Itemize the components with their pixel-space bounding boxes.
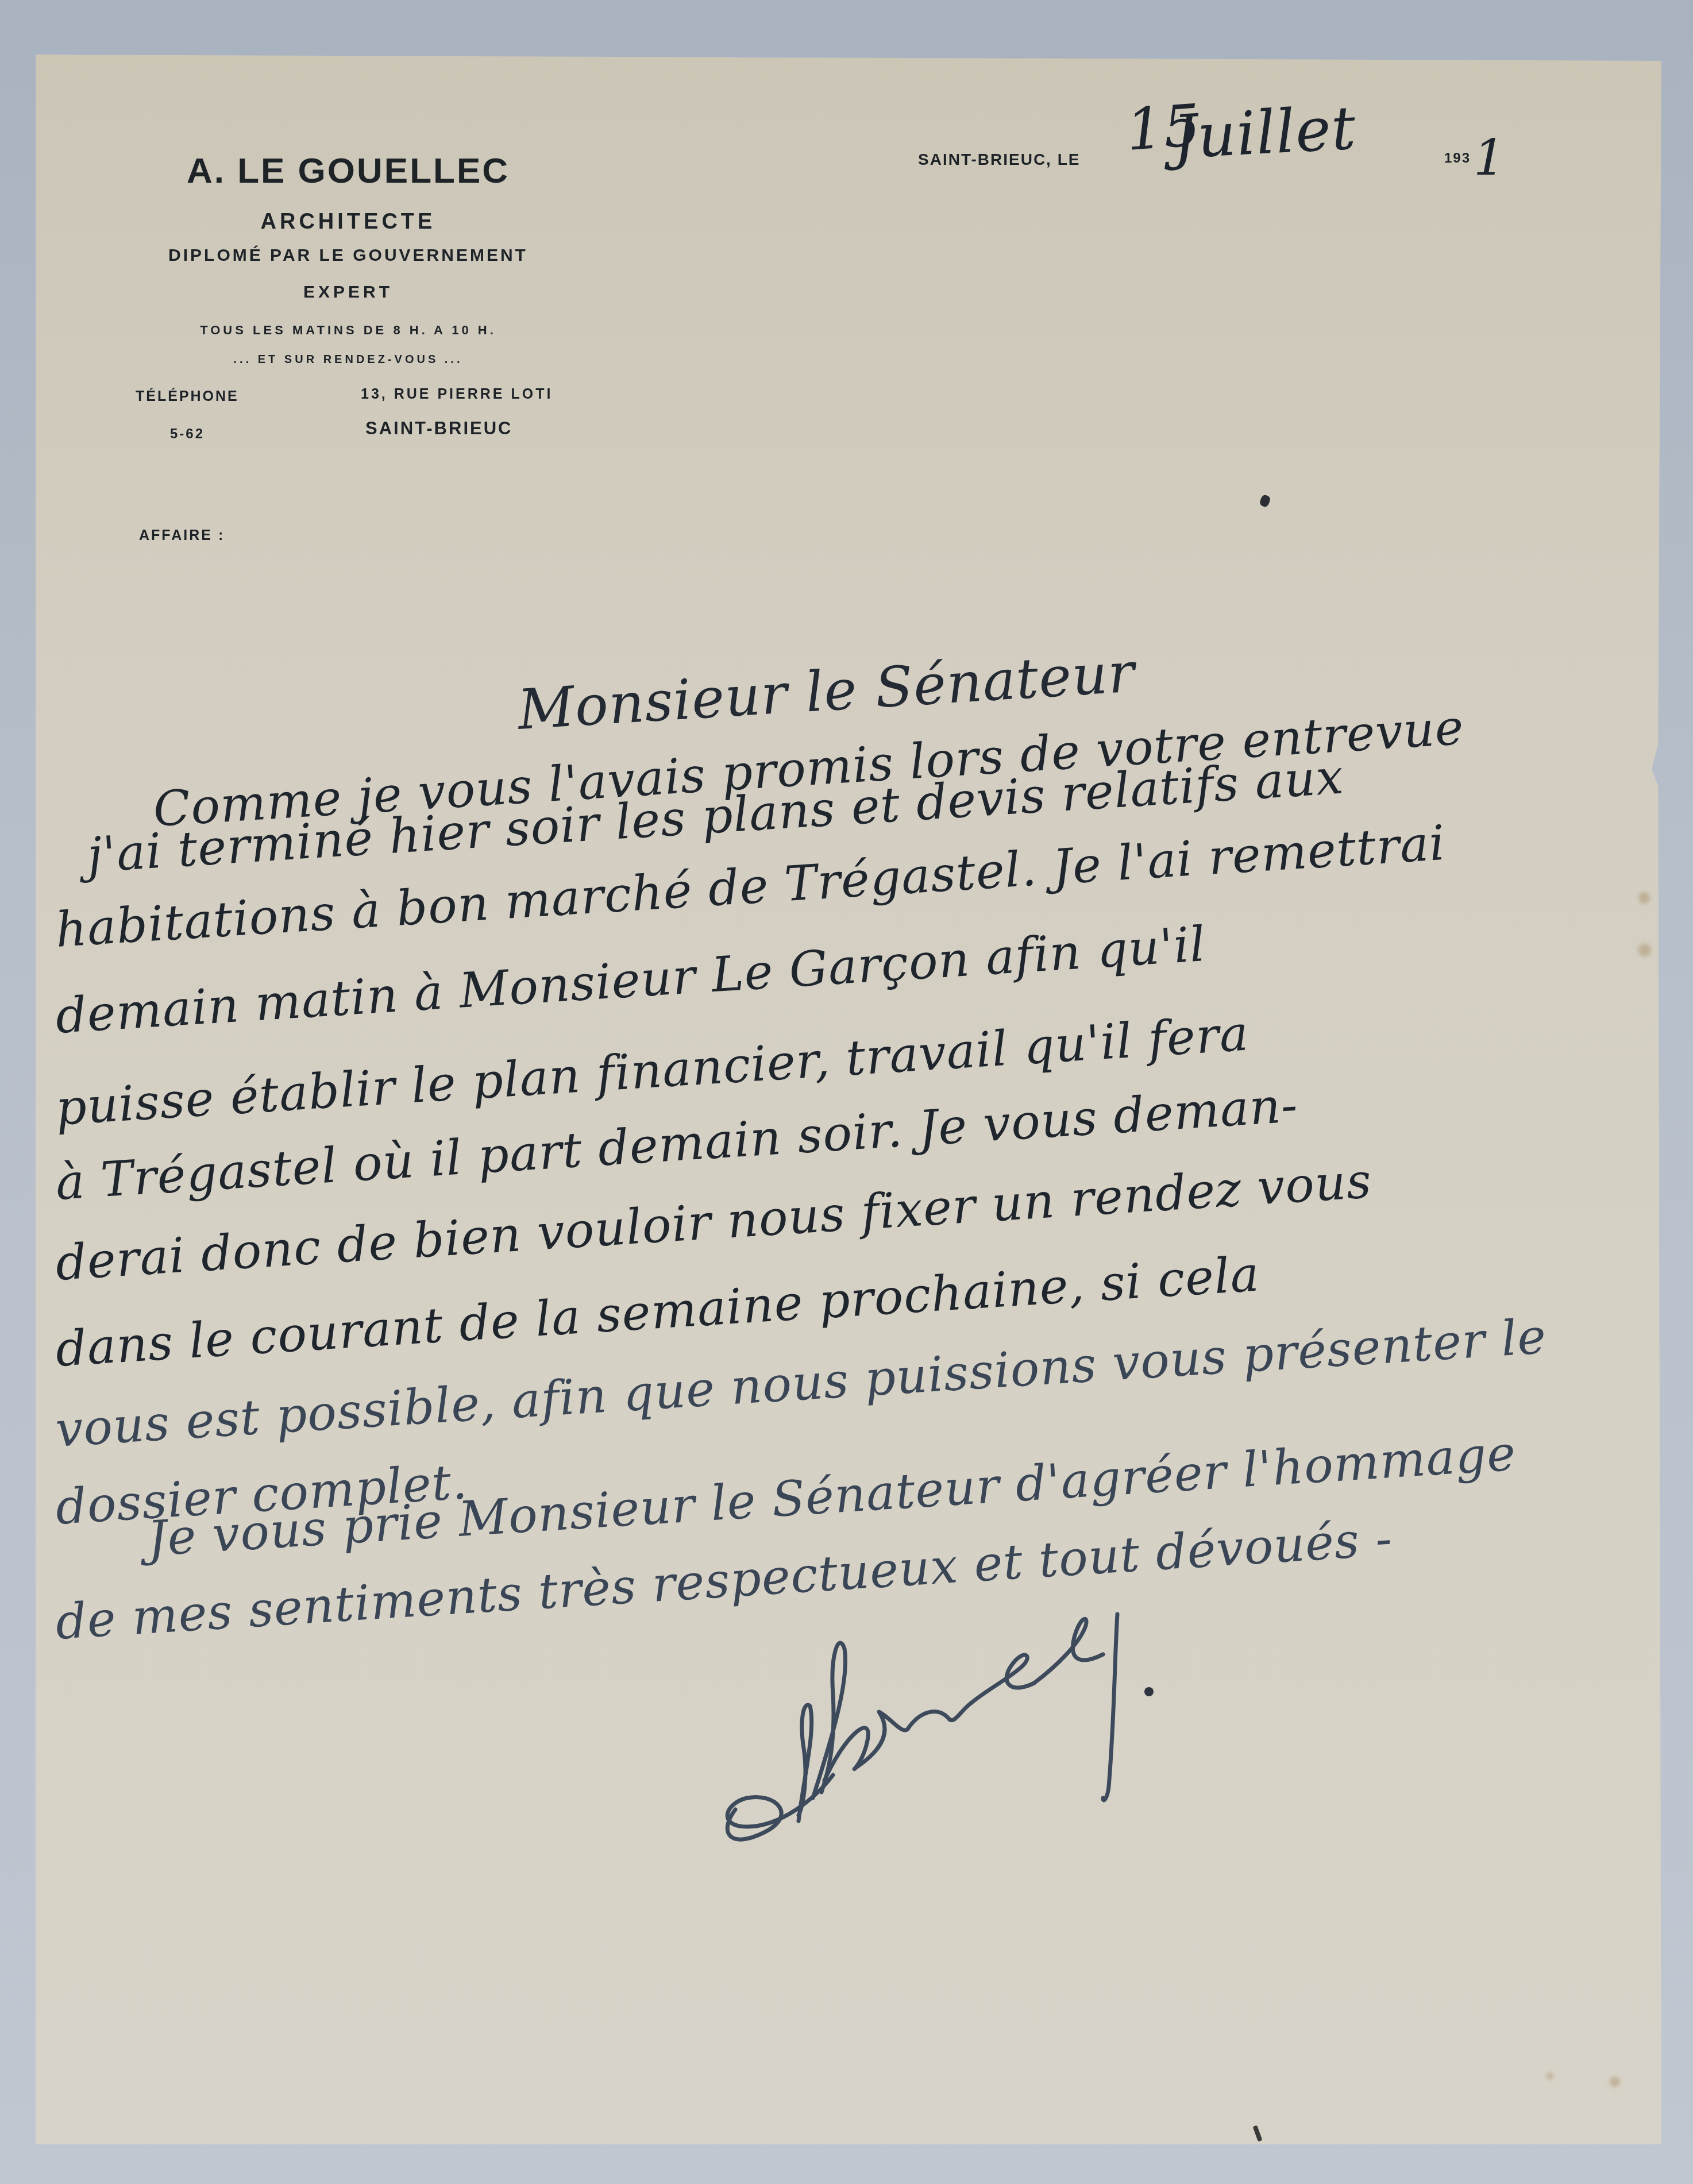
paper-stain — [1638, 944, 1651, 956]
letterhead-appointment: ... ET SUR RENDEZ-VOUS ... — [136, 353, 561, 366]
letterhead-role: EXPERT — [136, 283, 561, 302]
letterhead-diploma: DIPLOMÉ PAR LE GOUVERNEMENT — [136, 246, 561, 265]
letterhead-name: A. LE GOUELLEC — [136, 151, 561, 191]
letterhead-telephone-number: 5-62 — [170, 426, 205, 442]
paper-stain — [1610, 2077, 1620, 2087]
letterhead-address: 13, RUE PIERRE LOTI — [361, 386, 553, 403]
dateline-place: SAINT-BRIEUC, LE — [918, 151, 1080, 169]
paper-stain — [1547, 2073, 1553, 2079]
letterhead-hours: TOUS LES MATINS DE 8 H. A 10 H. — [136, 323, 561, 338]
dateline-year-prefix: 193 — [1444, 151, 1471, 167]
letterhead-city: SAINT-BRIEUC — [365, 418, 512, 439]
paper-stain — [1638, 892, 1650, 904]
signature — [712, 1603, 1316, 1844]
dateline-year-digit: 1 — [1474, 129, 1506, 187]
dateline-month: Juillet — [1171, 92, 1358, 172]
letterhead-title: ARCHITECTE — [136, 210, 561, 234]
letterhead-telephone-label: TÉLÉPHONE — [136, 388, 239, 405]
affaire-label: AFFAIRE : — [139, 527, 225, 544]
